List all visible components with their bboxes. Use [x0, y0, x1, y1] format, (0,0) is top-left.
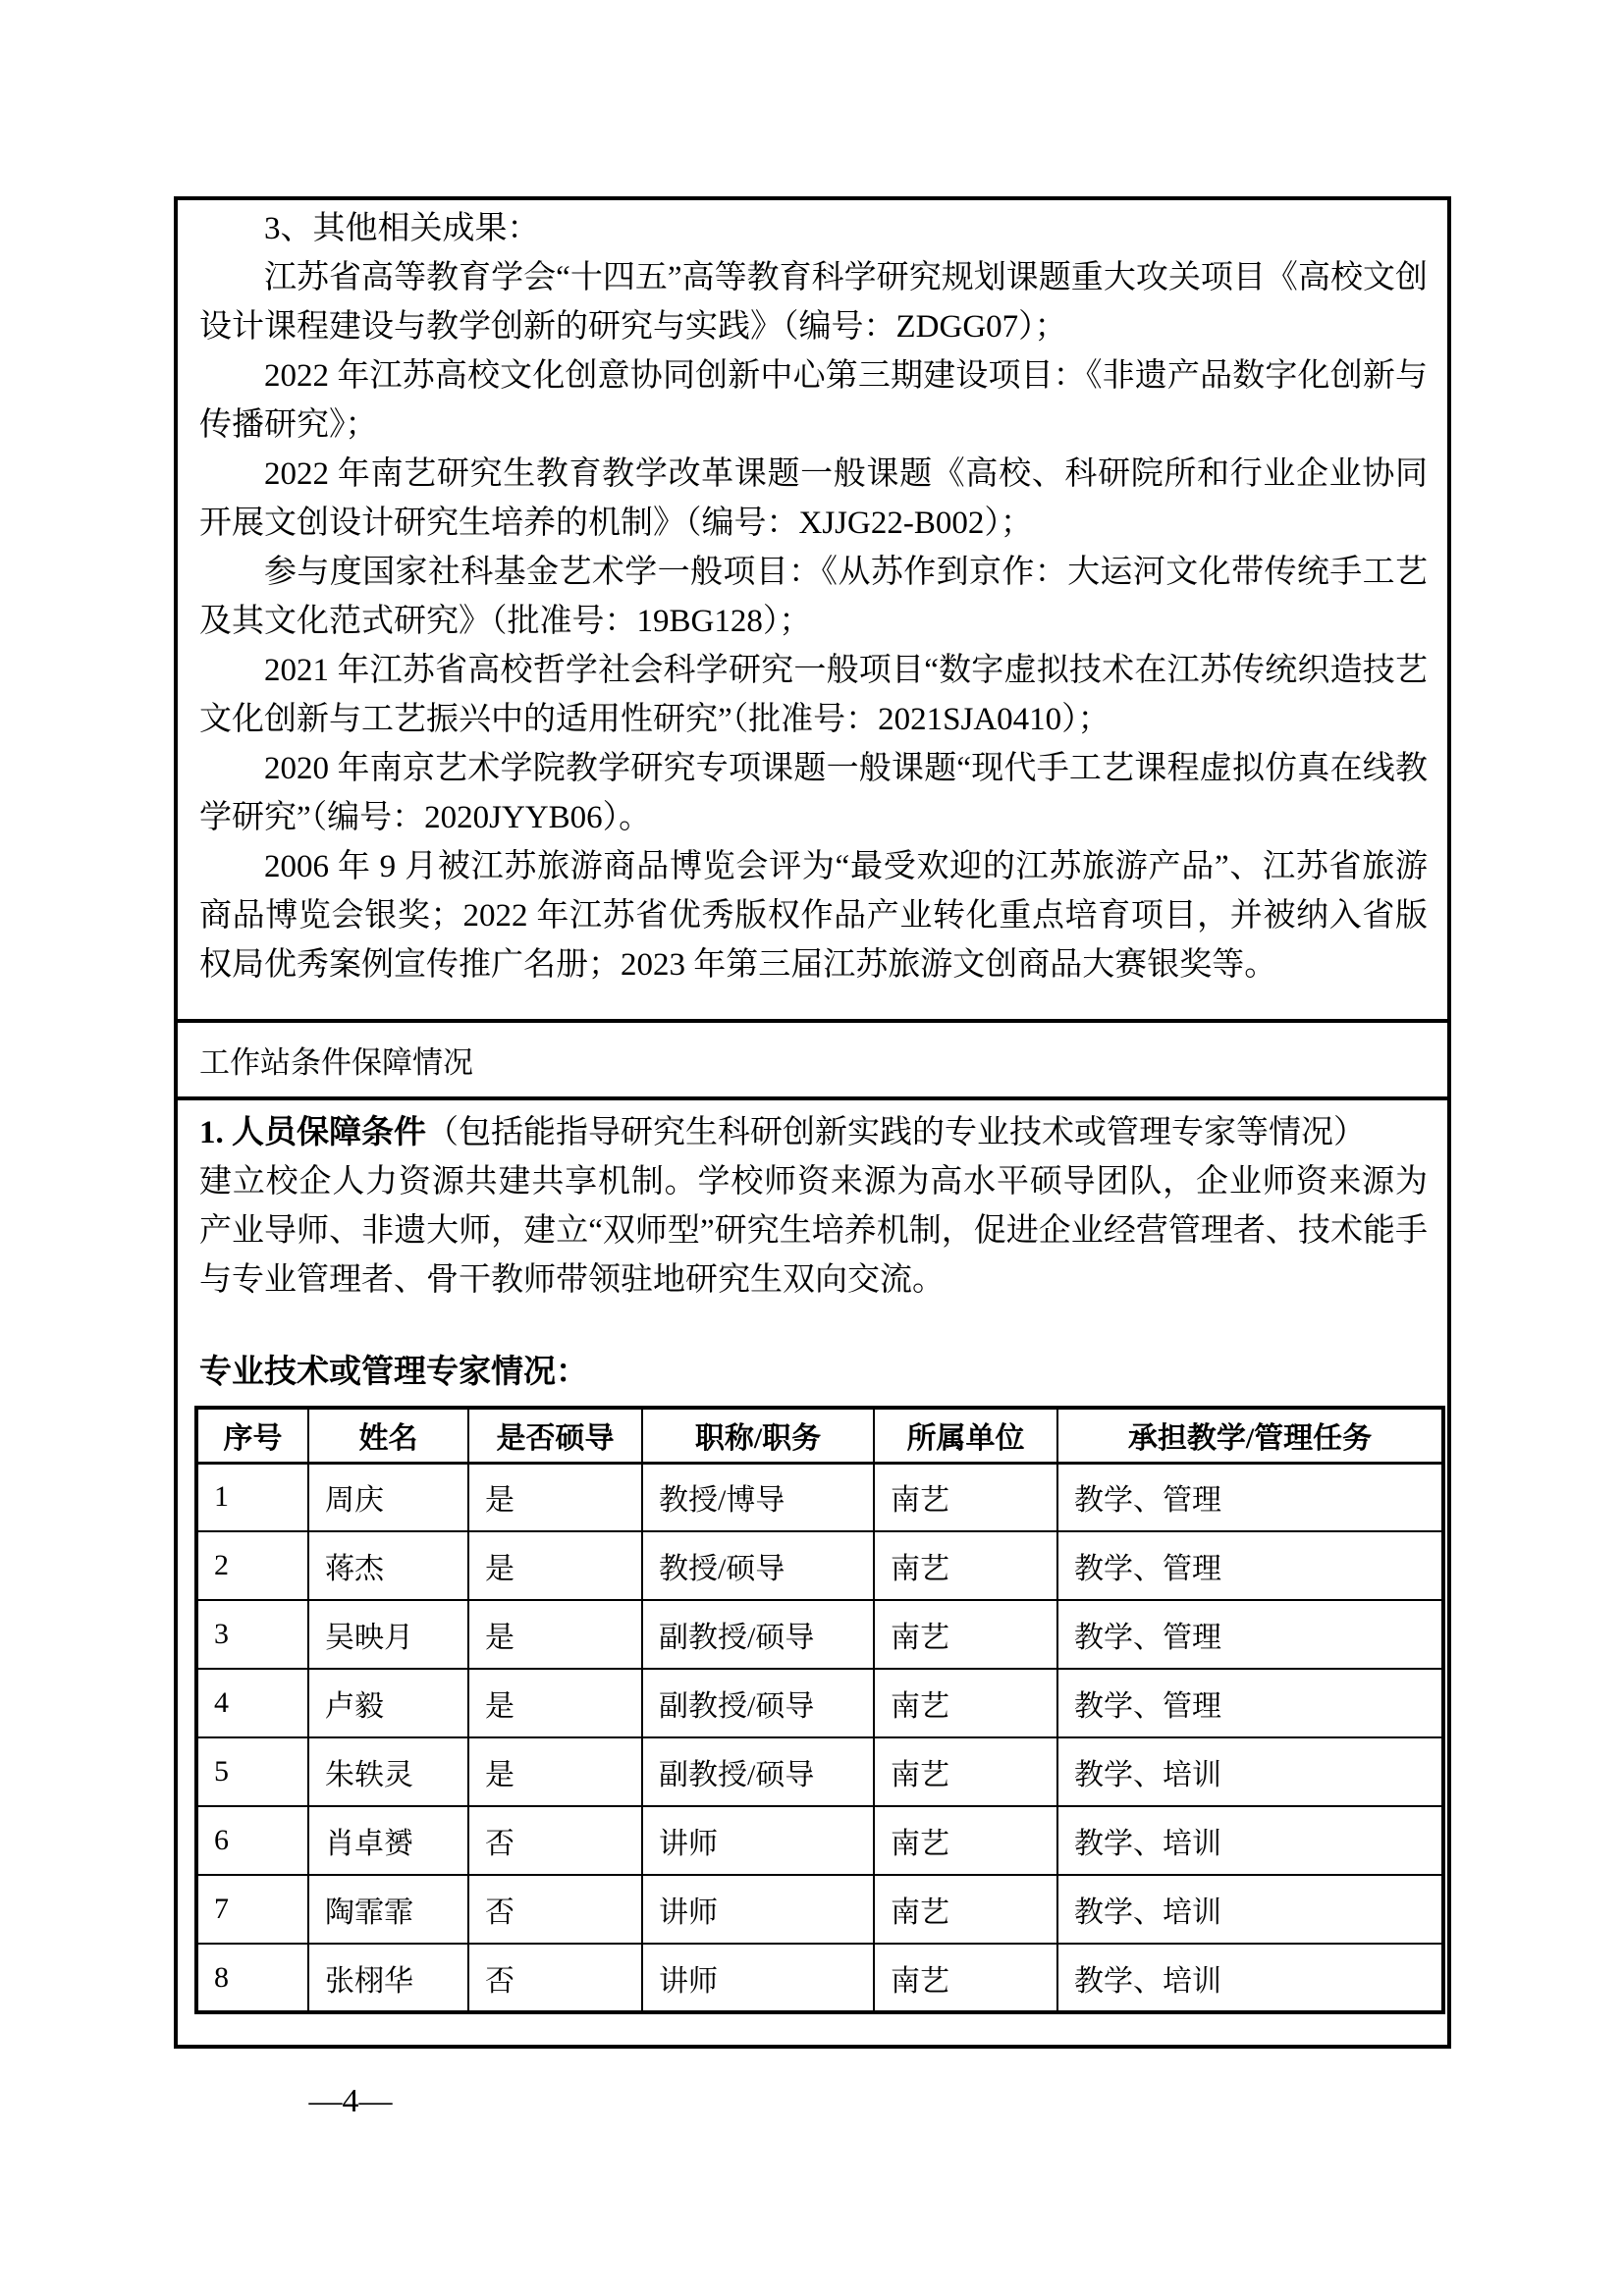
personnel-heading: 1. 人员保障条件（包括能指导研究生科研创新实践的专业技术或管理专家等情况） — [199, 1108, 1428, 1157]
personnel-heading-note: （包括能指导研究生科研创新实践的专业技术或管理专家等情况） — [426, 1115, 1366, 1150]
expert-table-cell: 南艺 — [874, 1944, 1057, 2012]
expert-table-row: 3吴映月是副教授/硕导南艺教学、管理 — [196, 1600, 1443, 1669]
expert-table-row: 4卢毅是副教授/硕导南艺教学、管理 — [196, 1669, 1443, 1737]
expert-table-cell: 教学、管理 — [1057, 1531, 1443, 1600]
expert-table-cell: 南艺 — [874, 1806, 1057, 1875]
expert-table-cell: 副教授/硕导 — [642, 1600, 874, 1669]
experts-table-head: 序号姓名是否硕导职称/职务所属单位承担教学/管理任务 — [196, 1408, 1443, 1463]
experts-table-header-row: 序号姓名是否硕导职称/职务所属单位承担教学/管理任务 — [196, 1408, 1443, 1463]
achievements-section: 3、其他相关成果： 江苏省高等教育学会“十四五”高等教育科学研究规划课题重大攻关… — [178, 200, 1447, 1023]
page-number: —4— — [252, 2083, 449, 2120]
document-page: { "ink_color": "#000000", "page": { "num… — [0, 0, 1624, 2296]
expert-table-cell: 是 — [468, 1669, 642, 1737]
expert-table-cell: 肖卓赟 — [308, 1806, 468, 1875]
expert-table-cell: 教授/硕导 — [642, 1531, 874, 1600]
expert-table-header-cell: 职称/职务 — [642, 1408, 874, 1463]
expert-table-cell: 是 — [468, 1600, 642, 1669]
expert-table-cell: 南艺 — [874, 1875, 1057, 1944]
expert-table-cell: 副教授/硕导 — [642, 1669, 874, 1737]
achievement-paragraph: 2021 年江苏省高校哲学社会科学研究一般项目“数字虚拟技术在江苏传统织造技艺文… — [199, 646, 1428, 744]
expert-table-cell: 1 — [196, 1463, 308, 1531]
achievement-paragraph: 2022 年南艺研究生教育教学改革课题一般课题《高校、科研院所和行业企业协同开展… — [199, 450, 1428, 548]
expert-table-row: 7陶霏霏否讲师南艺教学、培训 — [196, 1875, 1443, 1944]
expert-table-cell: 陶霏霏 — [308, 1875, 468, 1944]
expert-table-cell: 教授/博导 — [642, 1463, 874, 1531]
expert-table-cell: 教学、培训 — [1057, 1875, 1443, 1944]
expert-table-cell: 讲师 — [642, 1944, 874, 2012]
station-support-row: 工作站条件保障情况 — [178, 1023, 1447, 1100]
achievement-paragraph: 参与度国家社科基金艺术学一般项目：《从苏作到京作：大运河文化带传统手工艺及其文化… — [199, 548, 1428, 646]
expert-table-cell: 南艺 — [874, 1531, 1057, 1600]
achievement-paragraph: 2022 年江苏高校文化创意协同创新中心第三期建设项目：《非遗产品数字化创新与传… — [199, 351, 1428, 450]
expert-table-cell: 2 — [196, 1531, 308, 1600]
expert-table-cell: 南艺 — [874, 1463, 1057, 1531]
personnel-heading-bold: 1. 人员保障条件 — [199, 1115, 426, 1150]
expert-table-cell: 教学、培训 — [1057, 1944, 1443, 2012]
expert-table-cell: 否 — [468, 1944, 642, 2012]
expert-table-cell: 张栩华 — [308, 1944, 468, 2012]
expert-table-cell: 6 — [196, 1806, 308, 1875]
expert-table-cell: 教学、培训 — [1057, 1806, 1443, 1875]
expert-table-header-cell: 序号 — [196, 1408, 308, 1463]
expert-table-row: 8张栩华否讲师南艺教学、培训 — [196, 1944, 1443, 2012]
achievements-paragraphs: 江苏省高等教育学会“十四五”高等教育科学研究规划课题重大攻关项目《高校文创设计课… — [199, 253, 1428, 989]
expert-table-cell: 教学、管理 — [1057, 1669, 1443, 1737]
expert-table-cell: 否 — [468, 1806, 642, 1875]
achievement-paragraph: 江苏省高等教育学会“十四五”高等教育科学研究规划课题重大攻关项目《高校文创设计课… — [199, 253, 1428, 351]
expert-table-cell: 教学、管理 — [1057, 1600, 1443, 1669]
expert-table-cell: 讲师 — [642, 1875, 874, 1944]
expert-table-cell: 3 — [196, 1600, 308, 1669]
expert-table-cell: 蒋杰 — [308, 1531, 468, 1600]
expert-table-cell: 是 — [468, 1463, 642, 1531]
expert-table-cell: 朱轶灵 — [308, 1737, 468, 1806]
experts-table-caption: 专业技术或管理专家情况： — [199, 1348, 1428, 1397]
expert-table-cell: 教学、管理 — [1057, 1463, 1443, 1531]
expert-table-header-cell: 所属单位 — [874, 1408, 1057, 1463]
expert-table-cell: 5 — [196, 1737, 308, 1806]
expert-table-cell: 7 — [196, 1875, 308, 1944]
main-form-border: 3、其他相关成果： 江苏省高等教育学会“十四五”高等教育科学研究规划课题重大攻关… — [174, 196, 1451, 2049]
expert-table-cell: 卢毅 — [308, 1669, 468, 1737]
expert-table-cell: 南艺 — [874, 1600, 1057, 1669]
expert-table-cell: 是 — [468, 1737, 642, 1806]
expert-table-cell: 南艺 — [874, 1669, 1057, 1737]
station-support-title: 工作站条件保障情况 — [199, 1038, 473, 1082]
expert-table-header-cell: 是否硕导 — [468, 1408, 642, 1463]
expert-table-cell: 8 — [196, 1944, 308, 2012]
experts-table-body: 1周庆是教授/博导南艺教学、管理2蒋杰是教授/硕导南艺教学、管理3吴映月是副教授… — [196, 1463, 1443, 2012]
expert-table-header-cell: 承担教学/管理任务 — [1057, 1408, 1443, 1463]
achievement-paragraph: 2020 年南京艺术学院教学研究专项课题一般课题“现代手工艺课程虚拟仿真在线教学… — [199, 744, 1428, 842]
expert-table-header-cell: 姓名 — [308, 1408, 468, 1463]
personnel-body: 建立校企人力资源共建共享机制。学校师资来源为高水平硕导团队，企业师资来源为产业导… — [199, 1157, 1428, 1305]
expert-table-cell: 吴映月 — [308, 1600, 468, 1669]
expert-table-row: 1周庆是教授/博导南艺教学、管理 — [196, 1463, 1443, 1531]
expert-table-cell: 周庆 — [308, 1463, 468, 1531]
achievements-heading: 3、其他相关成果： — [199, 204, 1428, 253]
personnel-section: 1. 人员保障条件（包括能指导研究生科研创新实践的专业技术或管理专家等情况） 建… — [178, 1100, 1447, 2014]
experts-table: 序号姓名是否硕导职称/职务所属单位承担教学/管理任务 1周庆是教授/博导南艺教学… — [194, 1406, 1445, 2014]
expert-table-row: 2蒋杰是教授/硕导南艺教学、管理 — [196, 1531, 1443, 1600]
achievement-paragraph: 2006 年 9 月被江苏旅游商品博览会评为“最受欢迎的江苏旅游产品”、江苏省旅… — [199, 842, 1428, 989]
expert-table-cell: 讲师 — [642, 1806, 874, 1875]
expert-table-cell: 否 — [468, 1875, 642, 1944]
expert-table-cell: 是 — [468, 1531, 642, 1600]
expert-table-cell: 副教授/硕导 — [642, 1737, 874, 1806]
expert-table-row: 6肖卓赟否讲师南艺教学、培训 — [196, 1806, 1443, 1875]
expert-table-cell: 4 — [196, 1669, 308, 1737]
expert-table-row: 5朱轶灵是副教授/硕导南艺教学、培训 — [196, 1737, 1443, 1806]
expert-table-cell: 南艺 — [874, 1737, 1057, 1806]
expert-table-cell: 教学、培训 — [1057, 1737, 1443, 1806]
